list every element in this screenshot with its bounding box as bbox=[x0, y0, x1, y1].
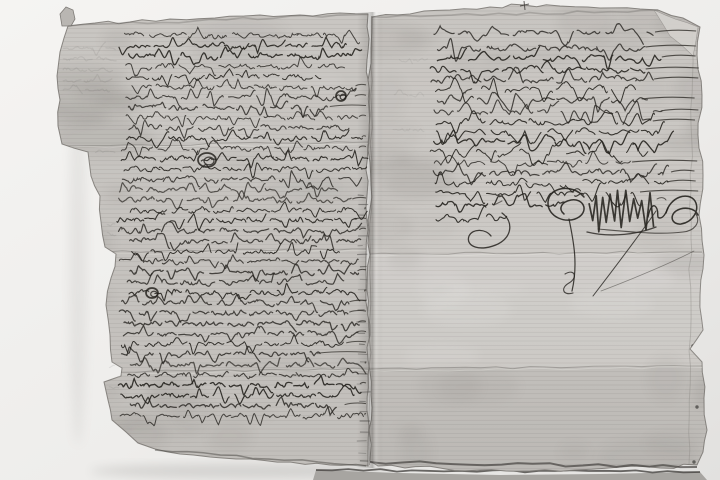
stitch-tick bbox=[358, 195, 364, 196]
paper-stain bbox=[647, 355, 685, 402]
paper-stain bbox=[571, 289, 655, 319]
paper-stain bbox=[387, 246, 422, 270]
paper-stain bbox=[300, 72, 344, 92]
right-page-surface bbox=[325, 0, 720, 480]
stitch-tick bbox=[358, 354, 368, 355]
edge-spot bbox=[695, 405, 698, 408]
paper-stain bbox=[422, 293, 511, 327]
stitch-tick bbox=[358, 453, 366, 454]
manuscript-scene bbox=[0, 0, 720, 480]
paper-stain bbox=[192, 27, 288, 75]
paper-stain bbox=[207, 421, 252, 452]
paper-stain bbox=[212, 151, 271, 173]
paper-stain bbox=[559, 443, 590, 460]
paper-stain bbox=[396, 29, 442, 49]
manuscript-photograph: Early-modern manuscript bifolium — grays… bbox=[0, 0, 720, 480]
paper-stain bbox=[404, 345, 479, 368]
right-page bbox=[325, 0, 720, 480]
paper-stain bbox=[417, 366, 481, 406]
paper-stain bbox=[296, 180, 339, 195]
edge-spot bbox=[692, 460, 695, 463]
